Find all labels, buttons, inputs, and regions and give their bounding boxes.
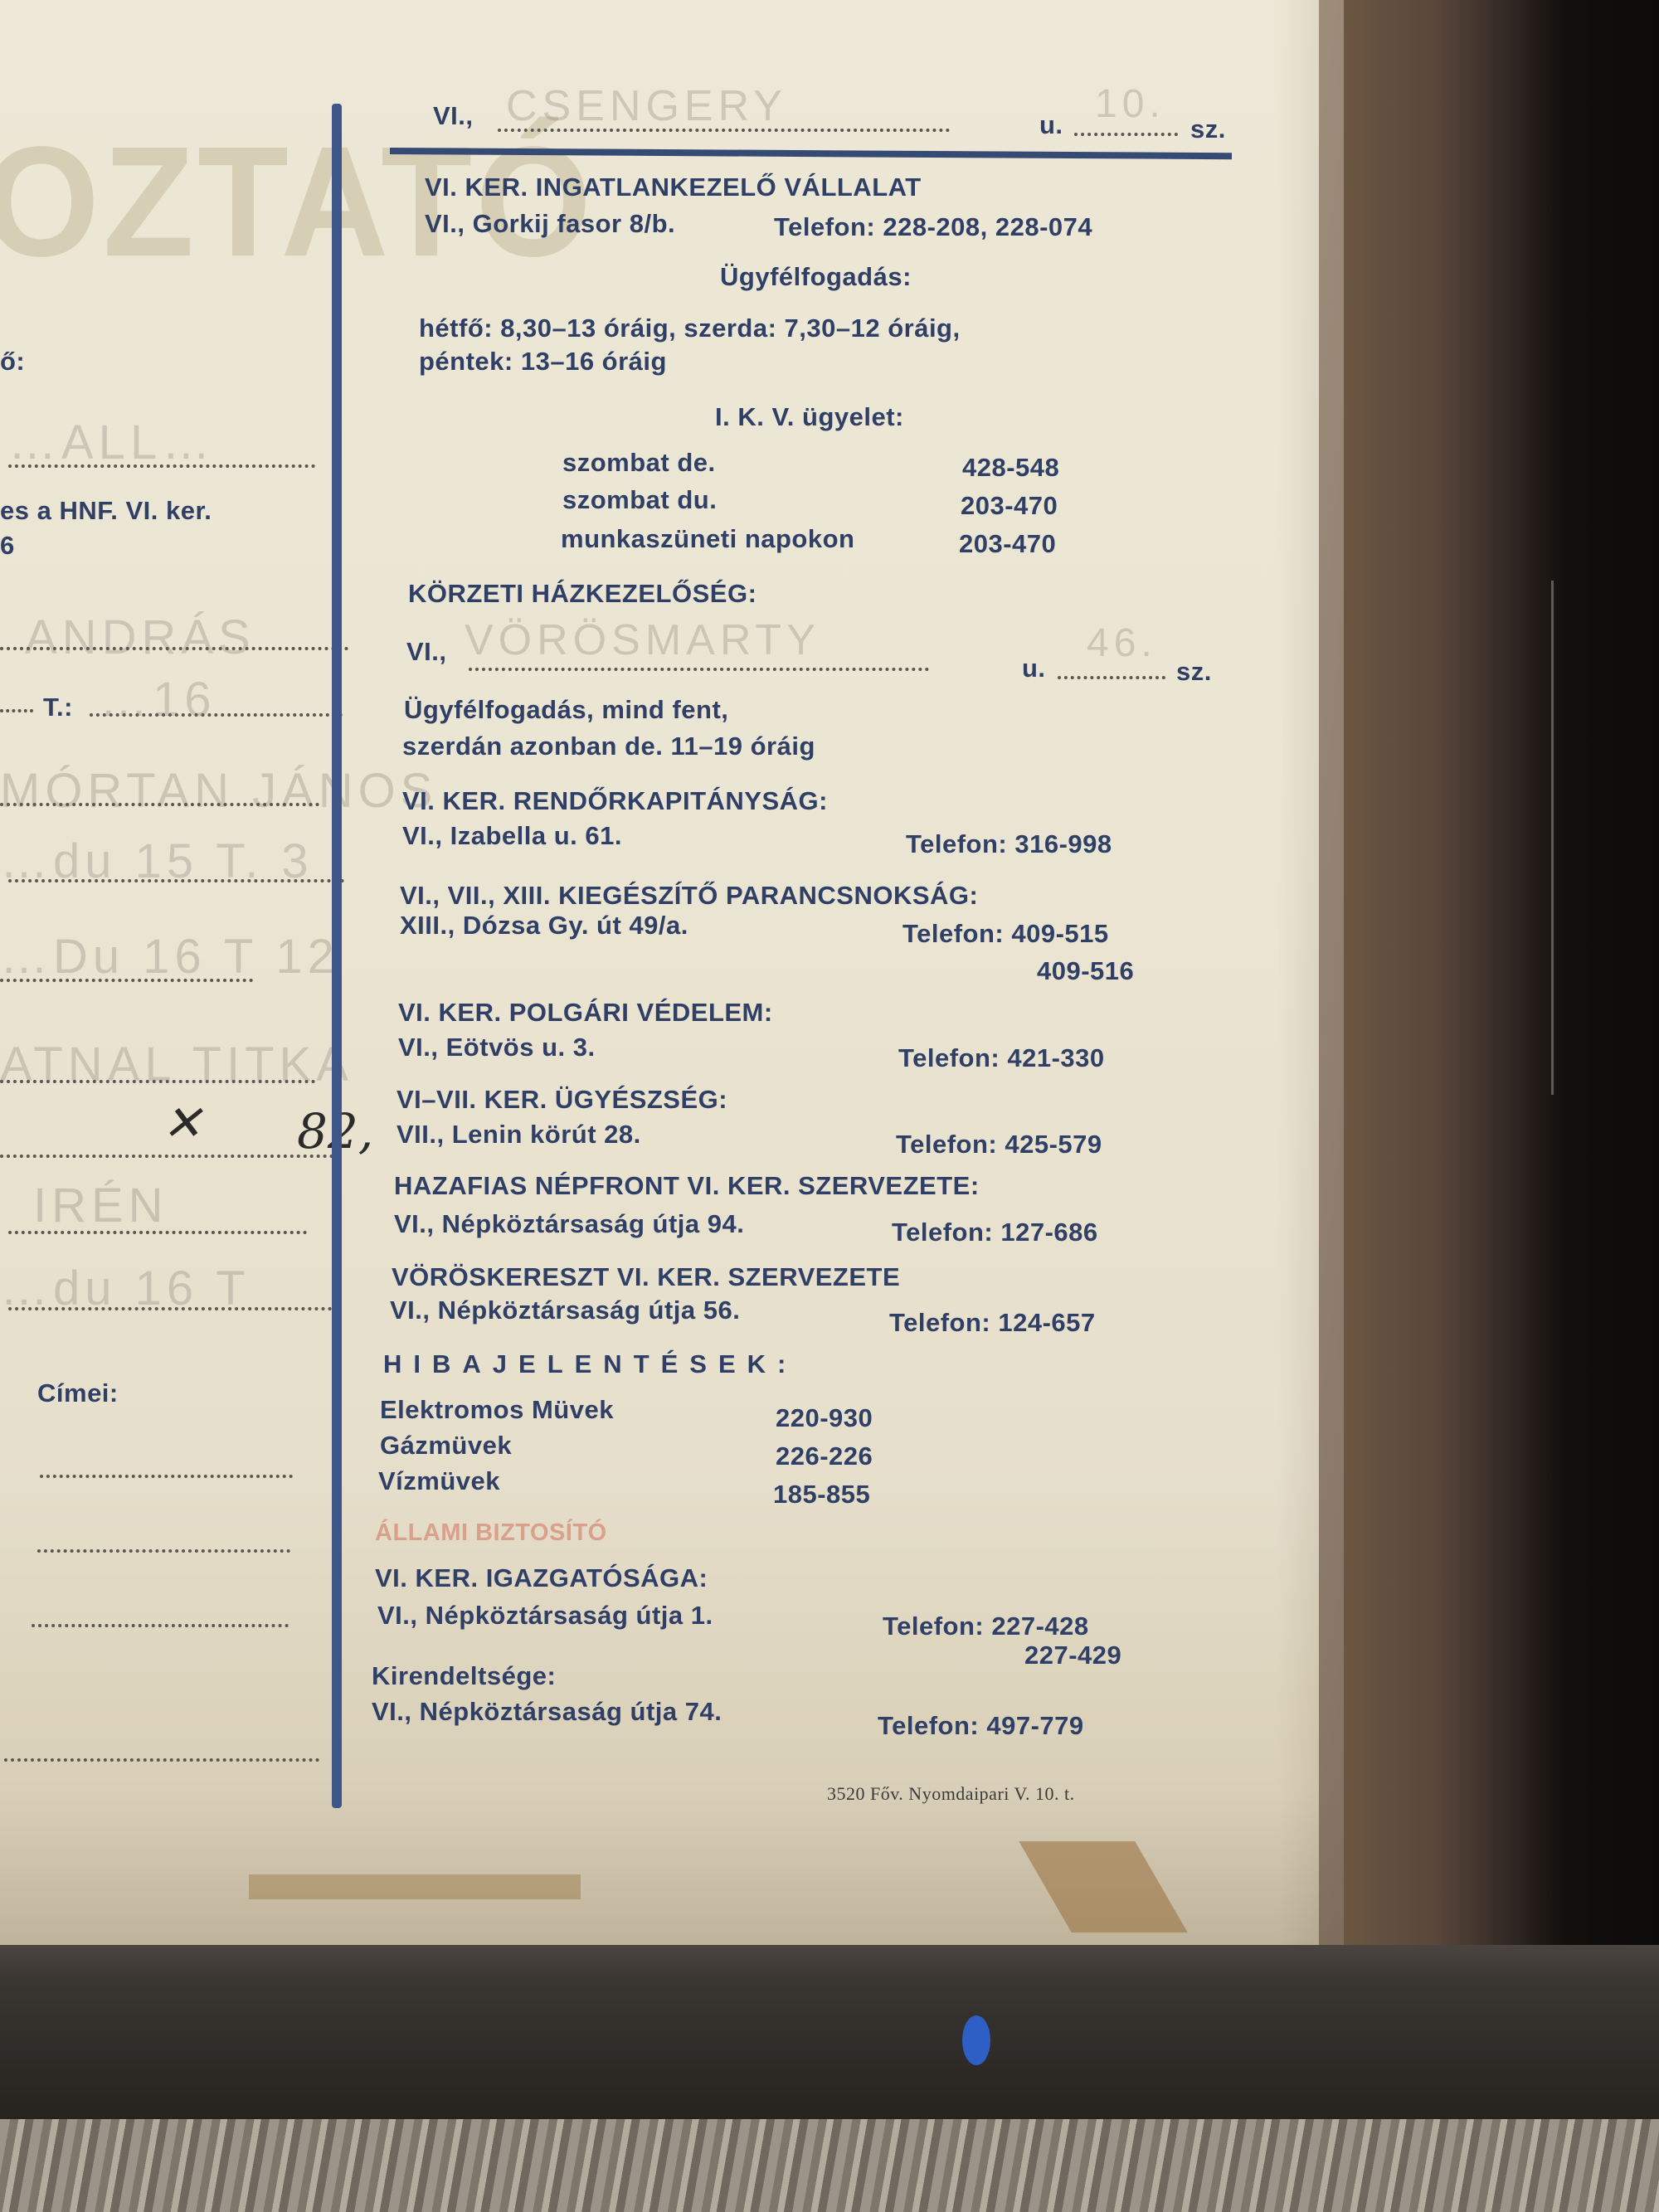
insurance-branch-address: VI., Népköztársaság útja 74. bbox=[372, 1697, 722, 1727]
stain bbox=[249, 1874, 581, 1899]
fault-row-label: Elektromos Müvek bbox=[380, 1395, 614, 1425]
form-line[interactable] bbox=[0, 1080, 315, 1083]
fault-row-label: Vízmüvek bbox=[378, 1466, 500, 1496]
street-suffix: u. bbox=[1039, 110, 1063, 140]
number-field[interactable] bbox=[1074, 133, 1178, 136]
ikv-row-phone: 203-470 bbox=[961, 491, 1058, 521]
civil-defense-phone: Telefon: 421-330 bbox=[898, 1043, 1105, 1073]
korzeti-number-suffix: sz. bbox=[1176, 657, 1212, 687]
insurance-hq-address: VI., Népköztársaság útja 1. bbox=[377, 1601, 713, 1631]
ikv-row-phone: 203-470 bbox=[959, 529, 1056, 559]
handwritten-entry: ATNAL TITKA bbox=[0, 1037, 353, 1092]
insurance-branch-title: Kirendeltsége: bbox=[372, 1661, 556, 1691]
ingatlankezelo-address: VI., Gorkij fasor 8/b. bbox=[425, 209, 675, 239]
military-phone-2: 409-516 bbox=[1037, 956, 1134, 986]
form-line[interactable] bbox=[8, 1231, 307, 1234]
fault-reports-heading: HIBAJELENTÉSEK: bbox=[383, 1349, 797, 1379]
civil-defense-title: VI. KER. POLGÁRI VÉDELEM: bbox=[398, 998, 773, 1028]
prosecutor-address: VII., Lenin körút 28. bbox=[397, 1120, 641, 1150]
ikv-duty-heading: I. K. V. ügyelet: bbox=[715, 402, 904, 432]
police-address: VI., Izabella u. 61. bbox=[402, 821, 622, 851]
insurance-hq-title: VI. KER. IGAZGATÓSÁGA: bbox=[375, 1563, 708, 1593]
handwritten-entry: MÓRTAN JÁNOS bbox=[0, 763, 437, 819]
printer-imprint: 3520 Főv. Nyomdaipari V. 10. t. bbox=[827, 1783, 1075, 1805]
handwritten-entry: …16 bbox=[100, 672, 216, 727]
korzeti-number-handwritten: 46. bbox=[1087, 620, 1157, 666]
ikv-row-label: szombat de. bbox=[562, 448, 716, 478]
handwritten-entry: IRÉN bbox=[33, 1178, 168, 1233]
house-street-handwritten: CSENGERY bbox=[506, 81, 787, 131]
red-cross-phone: Telefon: 124-657 bbox=[889, 1308, 1096, 1338]
handwritten-entry: ANDRÁS bbox=[25, 610, 255, 665]
military-title: VI., VII., XIII. KIEGÉSZÍTŐ PARANCSNOKSÁ… bbox=[400, 881, 978, 911]
korzeti-street-handwritten: VÖRÖSMARTY bbox=[465, 615, 820, 665]
prosecutor-phone: Telefon: 425-579 bbox=[896, 1130, 1102, 1159]
pen-cross-mark: ✕ bbox=[162, 1095, 202, 1151]
red-cross-address: VI., Népköztársaság útja 56. bbox=[390, 1296, 740, 1325]
form-line[interactable] bbox=[40, 1475, 293, 1478]
insurance-branch-phone: Telefon: 497-779 bbox=[878, 1711, 1084, 1741]
form-line[interactable] bbox=[8, 879, 344, 882]
prosecutor-title: VI–VII. KER. ÜGYÉSZSÉG: bbox=[397, 1085, 727, 1115]
house-district: VI., bbox=[433, 101, 474, 131]
red-cross-title: VÖRÖSKERESZT VI. KER. SZERVEZETE bbox=[392, 1262, 900, 1292]
ingatlankezelo-phone: Telefon: 228-208, 228-074 bbox=[774, 212, 1092, 242]
police-phone: Telefon: 316-998 bbox=[906, 829, 1112, 859]
police-title: VI. KER. RENDŐRKAPITÁNYSÁG: bbox=[402, 786, 828, 816]
addresses-label: Címei: bbox=[37, 1378, 119, 1408]
phone-label: T.: bbox=[43, 693, 73, 722]
form-line[interactable] bbox=[0, 979, 253, 982]
number-suffix: sz. bbox=[1190, 114, 1226, 144]
cobweb bbox=[1551, 581, 1587, 1095]
frame-bottom-bar bbox=[0, 1945, 1659, 2119]
fault-row-phone: 226-226 bbox=[776, 1441, 873, 1471]
korzeti-number-field[interactable] bbox=[1058, 676, 1165, 679]
military-phone: Telefon: 409-515 bbox=[902, 919, 1109, 949]
hnf-text-line-1: es a HNF. VI. ker. bbox=[0, 496, 212, 526]
fault-row-phone: 220-930 bbox=[776, 1403, 873, 1433]
form-line[interactable] bbox=[8, 464, 315, 468]
fault-row-phone: 185-855 bbox=[773, 1480, 870, 1510]
korzeti-district: VI., bbox=[406, 637, 447, 667]
handwritten-entry: …Du 16 T 12 bbox=[0, 929, 339, 984]
ingatlankezelo-title: VI. KER. INGATLANKEZELŐ VÁLLALAT bbox=[425, 173, 922, 202]
insurance-hq-phone: Telefon: 227-428 bbox=[883, 1612, 1089, 1641]
insurance-brand: ÁLLAMI BIZTOSÍTÓ bbox=[375, 1519, 607, 1547]
form-line[interactable] bbox=[0, 709, 33, 712]
form-line[interactable] bbox=[4, 1758, 319, 1762]
form-line[interactable] bbox=[90, 713, 343, 717]
form-line[interactable] bbox=[32, 1624, 289, 1627]
korzeti-street-field[interactable] bbox=[469, 668, 929, 671]
hnf-address: VI., Népköztársaság útja 94. bbox=[394, 1209, 744, 1239]
korzeti-title: KÖRZETI HÁZKEZELŐSÉG: bbox=[408, 579, 757, 609]
hnf-phone: Telefon: 127-686 bbox=[892, 1218, 1098, 1247]
insurance-hq-phone-2: 227-429 bbox=[1024, 1641, 1121, 1670]
korzeti-reception-1: Ügyfélfogadás, mind fent, bbox=[404, 695, 728, 725]
frame-right-edge bbox=[1344, 0, 1659, 1945]
form-line[interactable] bbox=[0, 1155, 340, 1158]
hnf-text-line-2: 6 bbox=[0, 531, 15, 561]
street-field[interactable] bbox=[498, 129, 950, 132]
handwritten-entry: …ALL… bbox=[8, 415, 215, 470]
reception-hours-1: hétfő: 8,30–13 óráig, szerda: 7,30–12 ór… bbox=[419, 314, 961, 343]
floor-surface bbox=[0, 2119, 1659, 2212]
military-address: XIII., Dózsa Gy. út 49/a. bbox=[400, 911, 688, 941]
form-line[interactable] bbox=[37, 1549, 290, 1553]
form-line[interactable] bbox=[8, 1307, 332, 1310]
korzeti-street-suffix: u. bbox=[1022, 654, 1046, 683]
hnf-title: HAZAFIAS NÉPFRONT VI. KER. SZERVEZETE: bbox=[394, 1171, 980, 1201]
reception-hours-2: péntek: 13–16 óráig bbox=[419, 347, 667, 377]
reception-heading: Ügyfélfogadás: bbox=[720, 262, 912, 292]
ikv-row-label: munkaszüneti napokon bbox=[561, 524, 854, 554]
form-line[interactable] bbox=[0, 803, 319, 806]
form-line[interactable] bbox=[0, 647, 348, 650]
column-divider bbox=[332, 104, 342, 1808]
korzeti-reception-2: szerdán azonban de. 11–19 óráig bbox=[402, 732, 815, 761]
house-number-handwritten: 10. bbox=[1095, 81, 1165, 127]
civil-defense-address: VI., Eötvös u. 3. bbox=[398, 1033, 596, 1062]
ikv-row-phone: 428-548 bbox=[962, 453, 1059, 483]
blue-pin-icon bbox=[962, 2015, 990, 2065]
fault-row-label: Gázmüvek bbox=[380, 1431, 512, 1461]
ikv-row-label: szombat du. bbox=[562, 485, 717, 515]
label-fragment: ő: bbox=[0, 347, 25, 377]
